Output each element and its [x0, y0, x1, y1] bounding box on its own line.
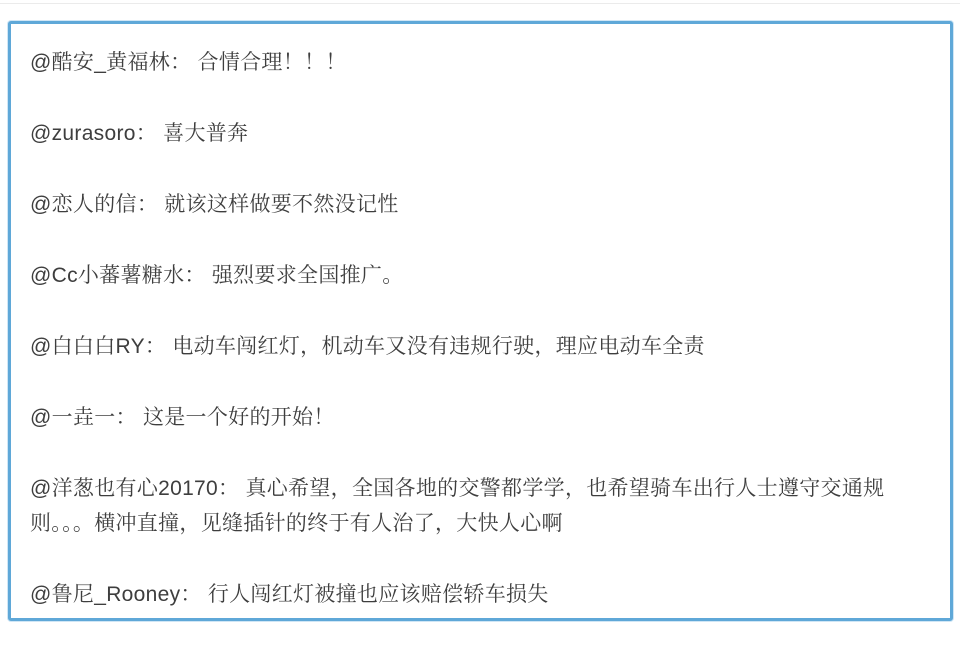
comment-text: @白白白RY： 电动车闯红灯，机动车又没有违规行驶，理应电动车全责 — [30, 329, 930, 364]
comment-text: @zurasoro： 喜大普奔 — [30, 116, 930, 151]
comment-text: @鲁尼_Rooney： 行人闯红灯被撞也应该赔偿轿车损失 — [30, 577, 930, 612]
top-edge-divider — [0, 3, 960, 4]
comment-text: @酷安_黄福林： 合情合理！！！ — [30, 45, 930, 80]
comments-panel: @酷安_黄福林： 合情合理！！！ @zurasoro： 喜大普奔 @恋人的信： … — [8, 21, 953, 621]
comment-text: @洋葱也有心20170： 真心希望，全国各地的交警都学学，也希望骑车出行人士遵守… — [30, 471, 930, 541]
page-background: @酷安_黄福林： 合情合理！！！ @zurasoro： 喜大普奔 @恋人的信： … — [0, 0, 960, 646]
comment-text: @Cc小蕃薯糖水： 强烈要求全国推广。 — [30, 258, 930, 293]
comment-text: @恋人的信： 就该这样做要不然没记性 — [30, 187, 930, 222]
comment-text: @一垚一： 这是一个好的开始！ — [30, 400, 930, 435]
